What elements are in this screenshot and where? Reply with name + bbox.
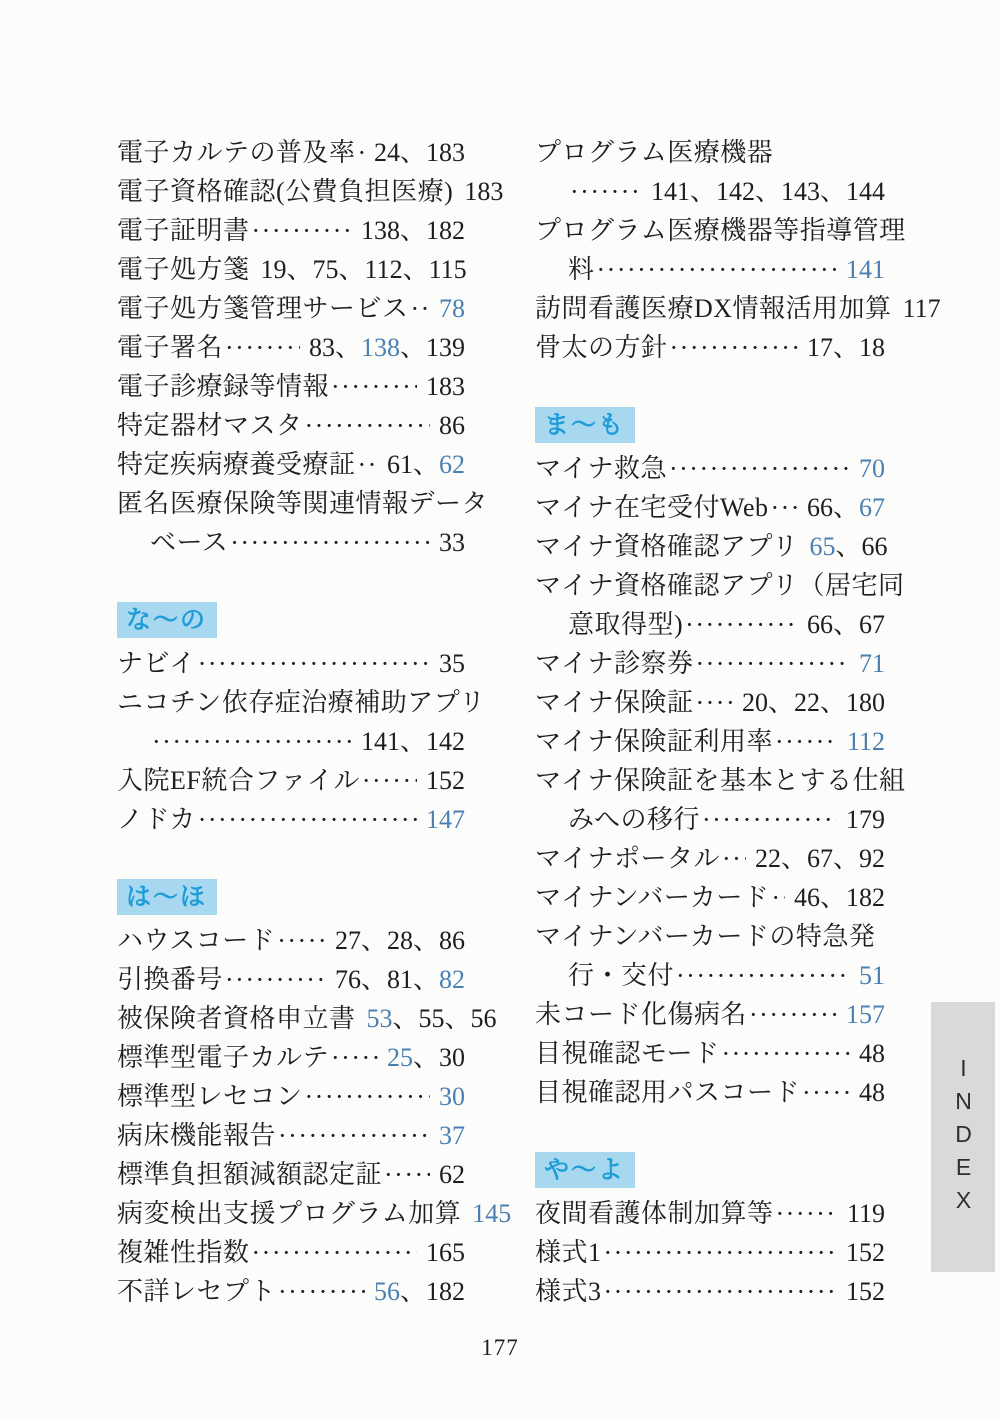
page-numbers: 141	[846, 250, 885, 289]
entry-term: 電子資格確認(公費負担医療)	[117, 172, 453, 211]
index-entry-line: 標準型電子カルテ································…	[117, 1038, 465, 1077]
leader-dots: ········································…	[702, 800, 837, 839]
page-separator: 、	[833, 610, 859, 639]
page-separator: 、	[400, 216, 426, 245]
index-entry-line: 標準型レセコン·································…	[117, 1077, 465, 1116]
page-separator: 、	[820, 177, 846, 206]
page-number: 24	[374, 138, 400, 167]
page-number: 144	[846, 177, 885, 206]
page-number: 27	[335, 926, 361, 955]
index-entry-line: 電子資格確認(公費負担医療)··························…	[117, 172, 465, 211]
index-column-left: 電子カルテの普及率·······························…	[117, 133, 465, 1311]
section-header: や〜よ	[535, 1152, 635, 1188]
page-number: 182	[426, 1277, 465, 1306]
entry-term: マイナポータル	[535, 839, 720, 878]
page-numbers: 22、67、92	[755, 839, 885, 878]
page-numbers: 37	[439, 1116, 465, 1155]
page-numbers: 27、28、86	[335, 921, 465, 960]
index-entry-line: 電子証明書···································…	[117, 211, 465, 250]
page-numbers: 30	[439, 1077, 465, 1116]
leader-dots: ········································…	[384, 1155, 430, 1194]
entry-term: 目視確認モード	[535, 1034, 719, 1073]
page-numbers: 86	[439, 406, 465, 445]
entry-term: 不詳レセプト	[117, 1272, 276, 1311]
leader-dots: ········································…	[570, 172, 642, 211]
page-number: 25	[387, 1043, 413, 1072]
page-numbers: 141、142、143、144	[651, 172, 885, 211]
page-number: 81	[387, 965, 413, 994]
page-number: 46	[794, 883, 820, 912]
page-numbers: 19、75、112、115	[261, 250, 467, 289]
page-separator: 、	[400, 333, 426, 362]
page-number: 61	[387, 450, 413, 479]
page-number: 141	[361, 727, 400, 756]
entry-term: 標準型レセコン	[117, 1077, 303, 1116]
page-numbers: 35	[439, 644, 465, 683]
page-number: 37	[439, 1121, 465, 1150]
page-number: 139	[426, 333, 465, 362]
index-entry-line: マイナ救急···································…	[535, 449, 885, 488]
index-entry-line: 電子診療録等情報································…	[117, 367, 465, 406]
entry-term: マイナ保険証	[535, 683, 693, 722]
page-numbers: 51	[859, 956, 885, 995]
leader-dots: ········································…	[230, 523, 430, 562]
index-entry-line: ナビイ·····································…	[117, 644, 465, 683]
page-number: 65	[809, 532, 835, 561]
index-entry-line: 未コード化傷病名································…	[535, 995, 885, 1034]
page-numbers: 152	[426, 761, 465, 800]
index-entry-line: 病変検出支援プログラム加算···························…	[117, 1194, 465, 1233]
leader-dots: ········································…	[676, 956, 850, 995]
index-entry-line: 特定疾病療養受療証·······························…	[117, 445, 465, 484]
index-entry-line: 複雑性指数···································…	[117, 1233, 465, 1272]
page-number: 165	[426, 1238, 465, 1267]
entry-term: 複雑性指数	[117, 1233, 250, 1272]
page-separator: 、	[400, 138, 426, 167]
index-entry-line: ノドカ·····································…	[117, 800, 465, 839]
index-entry-line: 不詳レセプト··································…	[117, 1272, 465, 1311]
page-separator: 、	[400, 1277, 426, 1306]
leader-dots: ········································…	[695, 683, 732, 722]
leader-dots: ········································…	[358, 445, 378, 484]
page-number-footer: 177	[0, 1335, 1000, 1361]
leader-dots: ········································…	[695, 644, 850, 683]
index-entry-line: マイナ在宅受付Web······························…	[535, 488, 885, 527]
page-separator: 、	[287, 255, 313, 284]
page-number: 56	[471, 1004, 497, 1033]
page-numbers: 152	[846, 1233, 885, 1272]
page-number: 180	[846, 688, 885, 717]
page-numbers: 20、22、180	[742, 683, 885, 722]
index-entry-line: マイナ資格確認アプリ（居宅同	[535, 566, 885, 605]
leader-dots: ········································…	[749, 995, 837, 1034]
entry-term: プログラム医療機器	[535, 133, 773, 172]
page-number: 75	[313, 255, 339, 284]
page-numbers: 65、66	[809, 527, 887, 566]
page-numbers: 165	[426, 1233, 465, 1272]
leader-dots: ········································…	[721, 1034, 850, 1073]
page-number: 76	[335, 965, 361, 994]
page-number: 143	[781, 177, 820, 206]
page-number: 152	[846, 1277, 885, 1306]
page-separator: 、	[413, 1043, 439, 1072]
index-entry-line: マイナ保険証··································…	[535, 683, 885, 722]
page-separator: 、	[413, 926, 439, 955]
page-separator: 、	[820, 883, 846, 912]
leader-dots: ········································…	[252, 1233, 417, 1272]
entry-term: マイナンバーカードの特急発	[535, 917, 875, 956]
leader-dots: ········································…	[225, 960, 326, 999]
page-number: 183	[464, 177, 503, 206]
page-number: 71	[859, 649, 885, 678]
entry-term: 匿名医療保険等関連情報データ	[117, 484, 488, 523]
page-number: 66	[861, 532, 887, 561]
page-separator: 、	[690, 177, 716, 206]
leader-dots: ········································…	[331, 367, 417, 406]
page-numbers: 66、67	[807, 488, 885, 527]
page-number: 141	[846, 255, 885, 284]
page-number: 48	[859, 1078, 885, 1107]
page-number: 115	[429, 255, 467, 284]
page-number: 182	[846, 883, 885, 912]
index-entry-line: マイナ診察券··································…	[535, 644, 885, 683]
page-separator: 、	[400, 727, 426, 756]
page-numbers: 70	[859, 449, 885, 488]
page-number: 142	[426, 727, 465, 756]
page-numbers: 48	[859, 1073, 885, 1112]
entry-term: マイナ資格確認アプリ	[535, 527, 798, 566]
leader-dots: ········································…	[198, 644, 430, 683]
page-separator: 、	[361, 965, 387, 994]
page-number: 35	[439, 649, 465, 678]
index-entry-line: 入院EF統合ファイル······························…	[117, 761, 465, 800]
page-separator: 、	[835, 532, 861, 561]
index-entry-line: 電子処方箋管理サービス·····························…	[117, 289, 465, 328]
index-entry-line: 目視確認用パスコード······························…	[535, 1073, 885, 1112]
index-entry-line: マイナ資格確認アプリ······························…	[535, 527, 885, 566]
index-entry-line: 目視確認モード·································…	[535, 1034, 885, 1073]
page-number: 30	[439, 1082, 465, 1111]
leader-dots: ········································…	[278, 1116, 430, 1155]
leader-dots: ········································…	[685, 605, 798, 644]
page-number: 33	[439, 528, 465, 557]
page-numbers: 83、138、139	[309, 328, 465, 367]
entry-term: 特定器材マスタ	[117, 406, 303, 445]
page-number: 62	[439, 1160, 465, 1189]
page-separator: 、	[413, 450, 439, 479]
page-number: 78	[439, 294, 465, 323]
leader-dots: ········································…	[669, 449, 850, 488]
page-numbers: 17、18	[807, 328, 885, 367]
leader-dots: ········································…	[277, 921, 326, 960]
page-number: 183	[426, 138, 465, 167]
page-number: 56	[374, 1277, 400, 1306]
entry-term: 入院EF統合ファイル	[117, 761, 360, 800]
entry-term: 病床機能報告	[117, 1116, 276, 1155]
page-separator: 、	[781, 844, 807, 873]
page-number: 22	[755, 844, 781, 873]
page-number: 142	[716, 177, 755, 206]
page-numbers: 119	[847, 1194, 885, 1233]
index-entry-line: 夜間看護体制加算等·······························…	[535, 1194, 885, 1233]
leader-dots: ········································…	[597, 250, 837, 289]
entry-term: 夜間看護体制加算等	[535, 1194, 774, 1233]
index-entry-line: ········································…	[535, 172, 885, 211]
entry-term: 電子診療録等情報	[117, 367, 329, 406]
page-number: 145	[472, 1199, 511, 1228]
section-header: な〜の	[117, 602, 217, 638]
index-entry-line: プログラム医療機器	[535, 133, 885, 172]
page-number: 152	[846, 1238, 885, 1267]
entry-term: みへの移行	[568, 800, 700, 839]
page-numbers: 76、81、82	[335, 960, 465, 999]
entry-term: 意取得型)	[568, 605, 683, 644]
entry-term: 骨太の方針	[535, 328, 668, 367]
index-entry-line: 様式3·····································…	[535, 1272, 885, 1311]
leader-dots: ········································…	[604, 1233, 837, 1272]
page-number: 62	[439, 450, 465, 479]
index-entry-line: 料·······································…	[535, 250, 885, 289]
index-entry-line: マイナンバーカード·······························…	[535, 878, 885, 917]
page-number: 157	[846, 1000, 885, 1029]
page-separator: 、	[445, 1004, 471, 1033]
page-number: 66	[807, 493, 833, 522]
page-number: 70	[859, 454, 885, 483]
index-entry-line: 様式1·····································…	[535, 1233, 885, 1272]
page-numbers: 33	[439, 523, 465, 562]
index-entry-line: 骨太の方針···································…	[535, 328, 885, 367]
section-header-row: は〜ほ	[117, 879, 465, 915]
index-page: 電子カルテの普及率·······························…	[0, 0, 1000, 1419]
page-numbers: 183	[426, 367, 465, 406]
page-numbers: 62	[439, 1155, 465, 1194]
entry-term: マイナ保険証を基本とする仕組	[535, 761, 905, 800]
index-entry-line: 匿名医療保険等関連情報データ	[117, 484, 465, 523]
page-numbers: 117	[903, 289, 941, 328]
entry-term: 料	[568, 250, 595, 289]
index-entry-line: プログラム医療機器等指導管理	[535, 211, 885, 250]
entry-term: 電子処方箋管理サービス	[117, 289, 409, 328]
index-entry-line: 電子カルテの普及率·······························…	[117, 133, 465, 172]
entry-term: 電子処方箋	[117, 250, 250, 289]
leader-dots: ········································…	[152, 722, 352, 761]
index-entry-line: 電子署名····································…	[117, 328, 465, 367]
entry-term: マイナンバーカード	[535, 878, 769, 917]
page-separator: 、	[833, 333, 859, 362]
index-entry-line: マイナンバーカードの特急発	[535, 917, 885, 956]
page-number: 138	[361, 333, 400, 362]
leader-dots: ········································…	[305, 1077, 430, 1116]
leader-dots: ········································…	[411, 289, 430, 328]
index-entry-line: 引換番号····································…	[117, 960, 465, 999]
page-number: 66	[807, 610, 833, 639]
page-number: 83	[309, 333, 335, 362]
entry-term: 引換番号	[117, 960, 223, 999]
leader-dots: ········································…	[362, 761, 417, 800]
entry-term: 行・交付	[568, 956, 674, 995]
entry-term: 様式3	[535, 1272, 602, 1311]
page-separator: 、	[820, 688, 846, 717]
entry-term: 標準負担額減額認定証	[117, 1155, 382, 1194]
index-entry-line: 訪問看護医療DX情報活用加算··························…	[535, 289, 885, 328]
page-numbers: 179	[846, 800, 885, 839]
leader-dots: ········································…	[225, 328, 300, 367]
page-numbers: 24、183	[374, 133, 465, 172]
entry-term: 特定疾病療養受療証	[117, 445, 356, 484]
page-numbers: 141、142	[361, 722, 465, 761]
page-numbers: 157	[846, 995, 885, 1034]
page-numbers: 145	[472, 1194, 511, 1233]
page-numbers: 152	[846, 1272, 885, 1311]
index-entry-line: 病床機能報告··································…	[117, 1116, 465, 1155]
entry-term: マイナ診察券	[535, 644, 693, 683]
entry-term: ハウスコード	[117, 921, 275, 960]
page-number: 30	[439, 1043, 465, 1072]
page-number: 179	[846, 805, 885, 834]
page-number: 86	[439, 926, 465, 955]
page-numbers: 53、55、56	[367, 999, 497, 1038]
entry-term: 被保険者資格申立書	[117, 999, 356, 1038]
index-entry-line: マイナポータル·································…	[535, 839, 885, 878]
page-numbers: 112	[847, 722, 885, 761]
page-number: 183	[426, 372, 465, 401]
entry-term: マイナ保険証利用率	[535, 722, 773, 761]
page-number: 112	[365, 255, 403, 284]
leader-dots: ········································…	[331, 1038, 378, 1077]
page-numbers: 25、30	[387, 1038, 465, 1077]
entry-term: マイナ資格確認アプリ（居宅同	[535, 566, 904, 605]
entry-term: ナビイ	[117, 644, 196, 683]
page-numbers: 46、182	[794, 878, 885, 917]
leader-dots: ········································…	[771, 878, 785, 917]
page-numbers: 147	[426, 800, 465, 839]
page-number: 51	[859, 961, 885, 990]
index-entry-line: ········································…	[117, 722, 465, 761]
leader-dots: ········································…	[775, 722, 838, 761]
leader-dots: ········································…	[278, 1272, 365, 1311]
page-separator: 、	[833, 493, 859, 522]
entry-term: 様式1	[535, 1233, 602, 1272]
leader-dots: ········································…	[770, 488, 798, 527]
page-numbers: 138、182	[361, 211, 465, 250]
entry-term: マイナ救急	[535, 449, 667, 488]
page-number: 28	[387, 926, 413, 955]
entry-term: ニコチン依存症治療補助アプリ	[117, 683, 486, 722]
index-column-right: プログラム医療機器·······························…	[535, 133, 885, 1311]
page-numbers: 48	[859, 1034, 885, 1073]
section-header-row: な〜の	[117, 602, 465, 638]
page-number: 17	[807, 333, 833, 362]
page-number: 67	[859, 610, 885, 639]
page-numbers: 66、67	[807, 605, 885, 644]
page-number: 117	[903, 294, 941, 323]
page-numbers: 56、182	[374, 1272, 465, 1311]
index-entry-line: 標準負担額減額認定証······························…	[117, 1155, 465, 1194]
entry-term: 未コード化傷病名	[535, 995, 747, 1034]
page-number: 86	[439, 411, 465, 440]
page-number: 19	[261, 255, 287, 284]
leader-dots: ········································…	[802, 1073, 850, 1112]
leader-dots: ········································…	[198, 800, 417, 839]
page-numbers: 78	[439, 289, 465, 328]
index-entry-line: 電子処方箋···································…	[117, 250, 465, 289]
page-separator: 、	[403, 255, 429, 284]
page-separator: 、	[335, 333, 361, 362]
index-entry-line: みへの移行···································…	[535, 800, 885, 839]
page-separator: 、	[339, 255, 365, 284]
page-numbers: 61、62	[387, 445, 465, 484]
entry-term: 電子カルテの普及率	[117, 133, 356, 172]
page-number: 22	[794, 688, 820, 717]
page-number: 20	[742, 688, 768, 717]
index-tab-label: INDEX	[950, 1055, 977, 1220]
page-separator: 、	[768, 688, 794, 717]
page-number: 112	[847, 727, 885, 756]
page-number: 48	[859, 1039, 885, 1068]
leader-dots: ········································…	[252, 211, 352, 250]
page-number-text: 177	[481, 1335, 519, 1360]
page-separator: 、	[755, 177, 781, 206]
leader-dots: ········································…	[670, 328, 798, 367]
index-entry-line: 意取得型)···································…	[535, 605, 885, 644]
entry-term: 電子署名	[117, 328, 223, 367]
page-number: 92	[859, 844, 885, 873]
index-entry-line: 特定器材マスタ·································…	[117, 406, 465, 445]
index-entry-line: 被保険者資格申立書·······························…	[117, 999, 465, 1038]
page-numbers: 183	[464, 172, 503, 211]
entry-term: 標準型電子カルテ	[117, 1038, 329, 1077]
section-header: は〜ほ	[117, 879, 217, 915]
page-numbers: 71	[859, 644, 885, 683]
index-side-tab: INDEX	[931, 1002, 995, 1272]
section-header: ま〜も	[535, 407, 635, 443]
page-separator: 、	[413, 965, 439, 994]
entry-term: プログラム医療機器等指導管理	[535, 211, 906, 250]
entry-term: 訪問看護医療DX情報活用加算	[535, 289, 892, 328]
leader-dots: ········································…	[776, 1194, 838, 1233]
index-entry-line: ハウスコード··································…	[117, 921, 465, 960]
page-separator: 、	[361, 926, 387, 955]
section-header-row: ま〜も	[535, 407, 885, 443]
leader-dots: ········································…	[358, 133, 365, 172]
index-entry-line: ベース·····································…	[117, 523, 465, 562]
page-number: 147	[426, 805, 465, 834]
page-number: 138	[361, 216, 400, 245]
index-entry-line: マイナ保険証利用率·······························…	[535, 722, 885, 761]
index-entry-line: マイナ保険証を基本とする仕組	[535, 761, 885, 800]
entry-term: 病変検出支援プログラム加算	[117, 1194, 461, 1233]
leader-dots: ········································…	[604, 1272, 837, 1311]
entry-term: 電子証明書	[117, 211, 250, 250]
section-header-row: や〜よ	[535, 1152, 885, 1188]
entry-term: 目視確認用パスコード	[535, 1073, 800, 1112]
page-number: 119	[847, 1199, 885, 1228]
page-number: 67	[807, 844, 833, 873]
entry-term: ノドカ	[117, 800, 196, 839]
page-number: 67	[859, 493, 885, 522]
page-number: 55	[419, 1004, 445, 1033]
leader-dots: ········································…	[305, 406, 430, 445]
page-number: 53	[367, 1004, 393, 1033]
entry-term: ベース	[150, 523, 228, 562]
index-entry-line: ニコチン依存症治療補助アプリ	[117, 683, 465, 722]
entry-term: マイナ在宅受付Web	[535, 488, 768, 527]
page-separator: 、	[393, 1004, 419, 1033]
page-number: 182	[426, 216, 465, 245]
page-number: 18	[859, 333, 885, 362]
leader-dots: ········································…	[722, 839, 746, 878]
page-number: 82	[439, 965, 465, 994]
